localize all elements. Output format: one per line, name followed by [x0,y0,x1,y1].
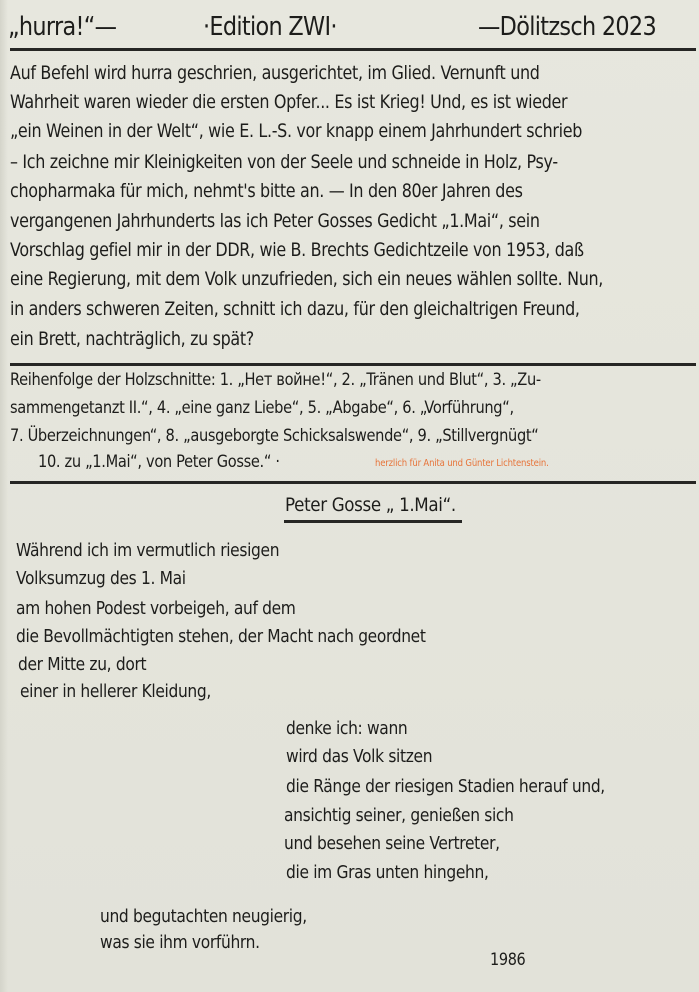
page-header: „hurra!“— ·Edition ZWI· —Dölitzsch 2023 [8,8,693,44]
woodcut-line: 7. Überzeichnungen“, 8. „ausgeborgte Sch… [10,426,539,446]
poem-line: die Bevollmächtigten stehen, der Macht n… [16,626,426,647]
header-title-hurra: „hurra!“— [8,12,116,42]
poem-title: Peter Gosse „ 1.Mai“. [285,494,456,516]
intro-line: eine Regierung, mit dem Volk unzufrieden… [10,268,603,290]
poem-line: und begutachten neugierig, [100,906,307,927]
poem-line: der Mitte zu, dort [18,654,146,675]
intro-line: in anders schweren Zeiten, schnitt ich d… [10,298,580,320]
header-author-year: —Dölitzsch 2023 [478,12,656,42]
poem-line: wird das Volk sitzen [286,746,432,767]
handwritten-dedication: herzlich für Anita und Günter Lichtenste… [375,458,549,469]
woodcut-line: Reihenfolge der Holzschnitte: 1. „Нет во… [10,370,541,390]
poem-line: einer in hellerer Kleidung, [20,681,211,702]
poem-line: Volksumzug des 1. Mai [16,568,186,589]
intro-line: – Ich zeichne mir Kleinigkeiten von der … [10,151,558,173]
intro-line: Vorschlag gefiel mir in der DDR, wie B. … [10,239,584,261]
intro-line: ein Brett, nachträglich, zu spät? [10,328,254,350]
intro-line: Auf Befehl wird hurra geschrien, ausgeri… [10,62,540,84]
header-edition: ·Edition ZWI· [203,12,337,42]
woodcut-line: sammengetanzt II.“, 4. „eine ganz Liebe“… [10,398,514,418]
poem-line: denke ich: wann [286,718,407,739]
poem-line: und besehen seine Vertreter, [284,833,500,854]
header-rule [10,48,696,51]
woodcut-line: 10. zu „1.Mai“, von Peter Gosse.“ · [38,452,280,472]
poem-title-underline [284,520,462,523]
poem-line: die Ränge der riesigen Stadien herauf un… [286,776,605,797]
intro-line: „ein Weinen in der Welt“, wie E. L.-S. v… [10,120,582,142]
intro-line: vergangenen Jahrhunderts las ich Peter G… [10,210,540,232]
poem-line: Während ich im vermutlich riesigen [16,540,279,561]
section-rule [10,363,696,366]
poem-line: am hohen Podest vorbeigeh, auf dem [16,598,296,619]
poem-line: ansichtig seiner, genießen sich [284,805,514,826]
poem-year: 1986 [490,950,525,970]
poem-line: was sie ihm vorführn. [100,932,260,953]
scanned-page: „hurra!“— ·Edition ZWI· —Dölitzsch 2023 … [0,0,699,992]
poem-line: die im Gras unten hingehn, [286,862,489,883]
intro-line: Wahrheit waren wieder die ersten Opfer..… [10,91,567,113]
intro-line: chopharmaka für mich, nehmt's bitte an. … [10,180,523,202]
section-rule [10,481,696,484]
page-edge-shadow [0,0,8,992]
